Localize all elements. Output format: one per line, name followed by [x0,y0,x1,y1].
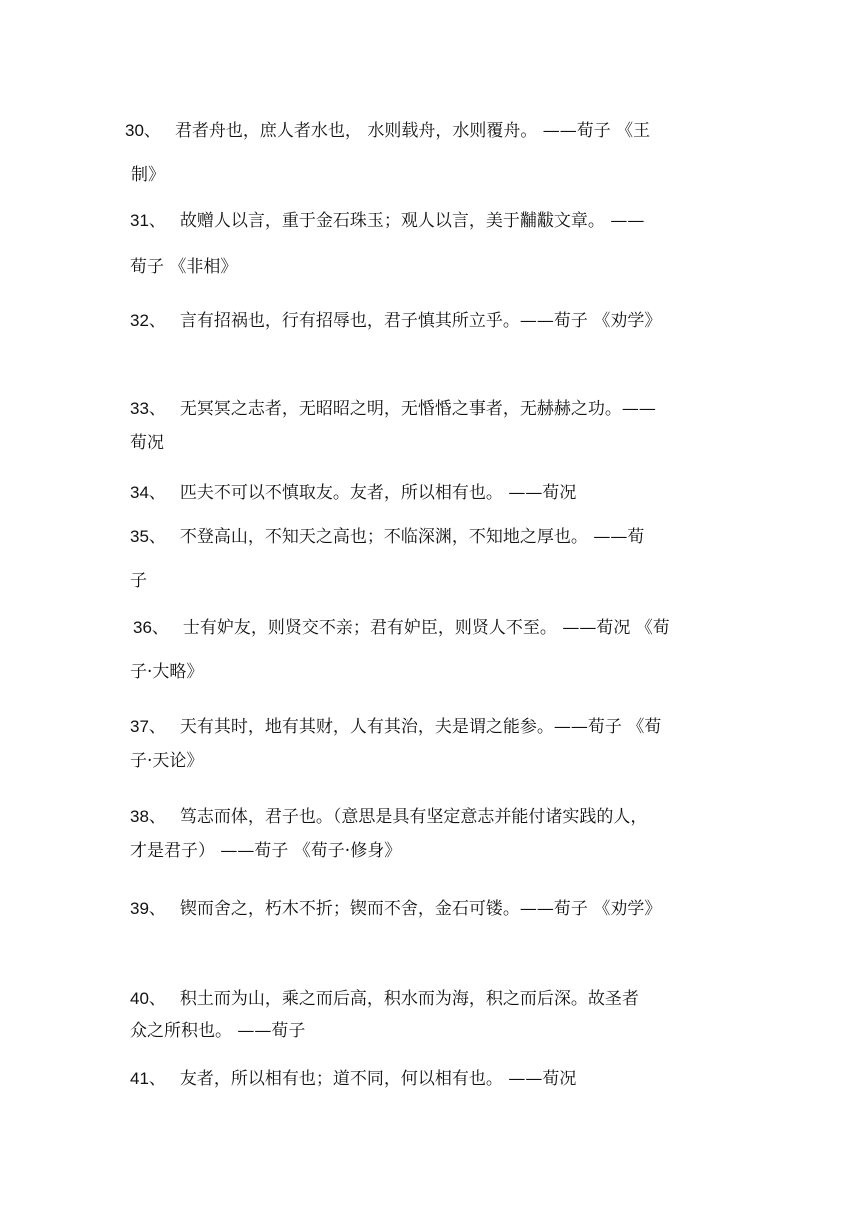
quote-line-continued: 子·大略》 [130,661,203,683]
quote-text: 锲而舍之，朽木不折；锲而不舍，金石可镂。——荀子 《劝学》 [180,899,661,919]
quote-line: 30、君者舟也，庶人者水也， 水则载舟，水则覆舟。 ——荀子 《王 [125,120,650,142]
quote-text: 故赠人以言，重于金石珠玉；观人以言，美于黼黻文章。 —— [180,211,644,231]
quote-number: 35、 [130,527,166,546]
quote-text: 言有招祸也，行有招辱也，君子慎其所立乎。——荀子 《劝学》 [180,311,661,331]
quote-line: 34、匹夫不可以不慎取友。友者，所以相有也。 ——荀况 [130,482,576,504]
quote-text: 笃志而体，君子也。（意思是具有坚定意志并能付诸实践的人， [180,807,648,827]
quote-text: 士有妒友，则贤交不亲；君有妒臣，则贤人不至。 ——荀况 《荀 [183,618,670,638]
quote-number: 34、 [130,483,166,502]
quote-number: 31、 [130,211,166,230]
quote-line: 37、天有其时，地有其财，人有其治，夫是谓之能参。——荀子 《荀 [130,716,661,738]
quote-number: 36、 [133,618,169,637]
quote-line-continued: 子 [130,570,147,592]
quote-line: 31、故赠人以言，重于金石珠玉；观人以言，美于黼黻文章。 —— [130,210,644,232]
quote-line: 40、积土而为山，乘之而后高，积水而为海，积之而后深。故圣者 [130,988,639,1010]
quote-number: 41、 [130,1069,166,1088]
quote-number: 40、 [130,989,166,1008]
quote-number: 39、 [130,899,166,918]
quote-line: 39、锲而舍之，朽木不折；锲而不舍，金石可镂。——荀子 《劝学》 [130,898,661,920]
quote-number: 32、 [130,311,166,330]
quote-number: 33、 [130,399,166,418]
quote-line-continued: 荀子 《非相》 [130,256,237,278]
quote-text: 无冥冥之志者，无昭昭之明，无惛惛之事者，无赫赫之功。—— [180,399,656,419]
quote-line: 41、友者，所以相有也；道不同，何以相有也。 ——荀况 [130,1068,576,1090]
quote-number: 30、 [125,121,161,140]
quote-line-continued: 荀况 [130,432,164,454]
quote-text: 天有其时，地有其财，人有其治，夫是谓之能参。——荀子 《荀 [180,717,661,737]
quote-line-continued: 众之所积也。 ——荀子 [130,1020,305,1042]
quote-line: 36、士有妒友，则贤交不亲；君有妒臣，则贤人不至。 ——荀况 《荀 [133,617,670,639]
quote-line: 32、言有招祸也，行有招辱也，君子慎其所立乎。——荀子 《劝学》 [130,310,661,332]
quote-text: 君者舟也，庶人者水也， 水则载舟，水则覆舟。 ——荀子 《王 [175,121,650,141]
quote-line-continued: 制》 [131,164,165,186]
quote-line: 35、不登高山，不知天之高也；不临深渊，不知地之厚也。 ——荀 [130,526,644,548]
quote-line: 38、笃志而体，君子也。（意思是具有坚定意志并能付诸实践的人， [130,806,647,828]
quote-text: 不登高山，不知天之高也；不临深渊，不知地之厚也。 ——荀 [180,527,644,547]
quote-line: 33、无冥冥之志者，无昭昭之明，无惛惛之事者，无赫赫之功。—— [130,398,656,420]
quote-line-continued: 才是君子） ——荀子 《荀子·修身》 [130,840,401,862]
quote-number: 37、 [130,717,166,736]
quote-line-continued: 子·天论》 [130,750,203,772]
quote-text: 匹夫不可以不慎取友。友者，所以相有也。 ——荀况 [180,483,576,503]
quote-text: 友者，所以相有也；道不同，何以相有也。 ——荀况 [180,1069,576,1089]
quote-number: 38、 [130,807,166,826]
quote-text: 积土而为山，乘之而后高，积水而为海，积之而后深。故圣者 [180,989,639,1009]
